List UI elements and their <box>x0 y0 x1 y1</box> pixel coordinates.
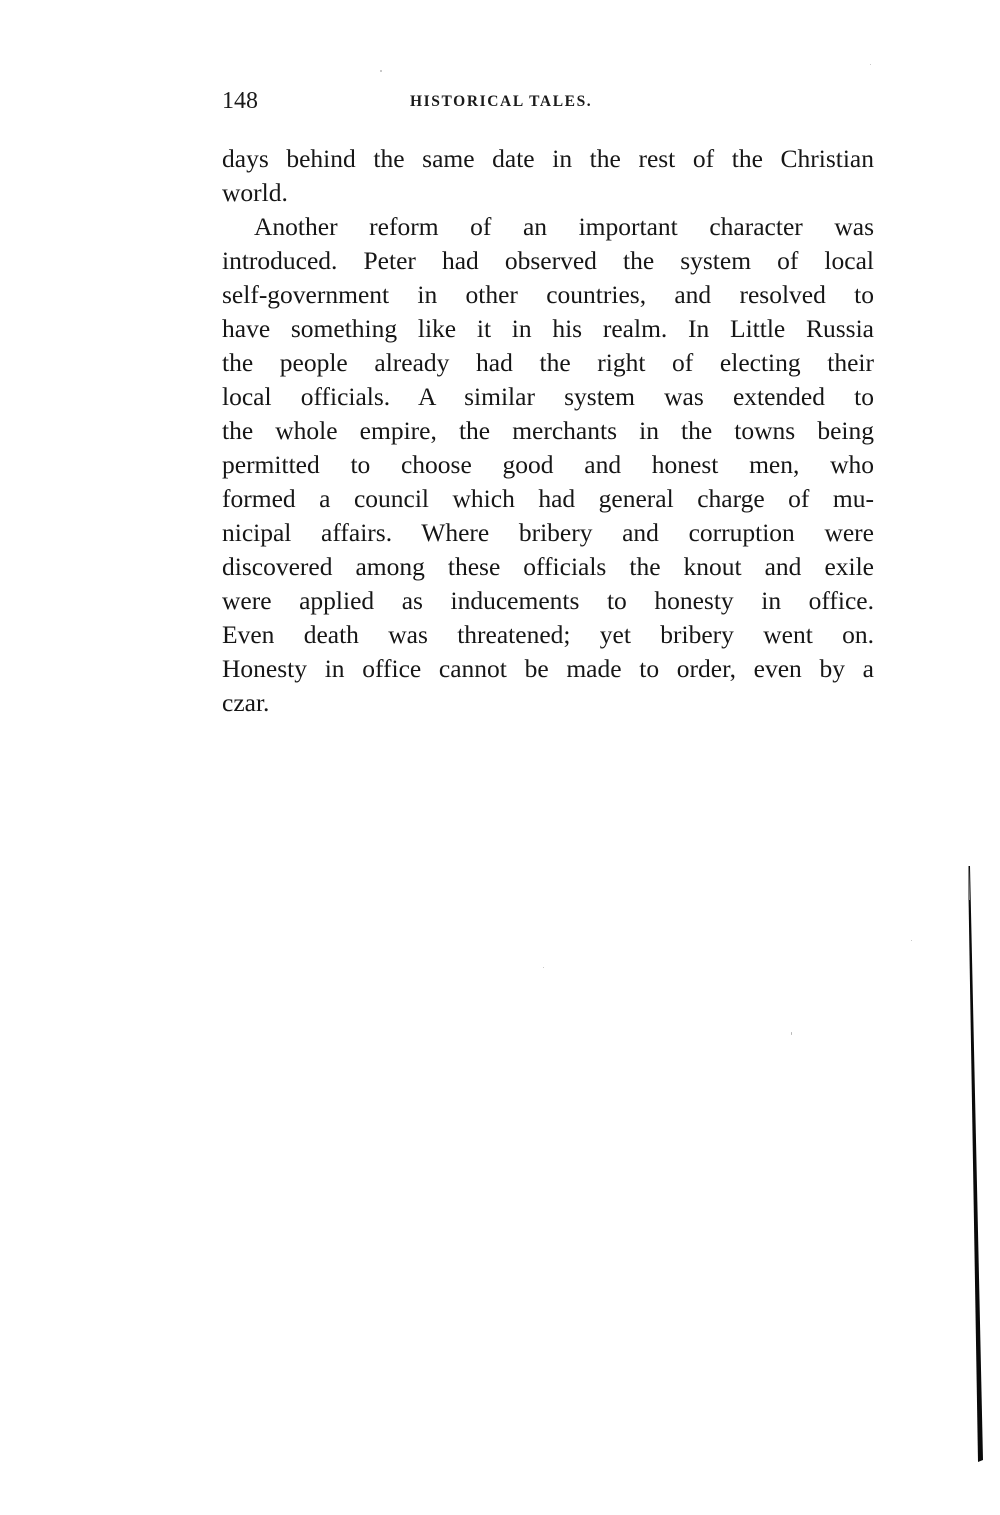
text-line: nicipal affairs. Where bribery and corru… <box>222 516 874 550</box>
scan-speck <box>911 940 912 941</box>
text-line: discovered among these officials the kno… <box>222 550 874 584</box>
text-line: were applied as inducements to honesty i… <box>222 584 874 618</box>
page-number: 148 <box>222 86 258 116</box>
text-line: the people already had the right of elec… <box>222 346 874 380</box>
text-line: days behind the same date in the rest of… <box>222 142 874 176</box>
text-line: Honesty in office cannot be made to orde… <box>222 652 874 686</box>
scan-speck <box>870 64 871 65</box>
scan-speck <box>543 967 544 968</box>
running-title: HISTORICAL TALES. <box>410 89 592 115</box>
text-line: introduced. Peter had observed the syste… <box>222 244 874 278</box>
scan-speck <box>791 1032 792 1035</box>
text-line: Even death was threatened; yet bribery w… <box>222 618 874 652</box>
running-head: 148 HISTORICAL TALES. <box>222 86 872 116</box>
book-page: 148 HISTORICAL TALES. days behind the sa… <box>0 0 1000 1515</box>
text-line: self-government in other countries, and … <box>222 278 874 312</box>
text-line: formed a council which had general charg… <box>222 482 874 516</box>
text-line: local officials. A similar system was ex… <box>222 380 874 414</box>
text-line: world. <box>222 176 874 210</box>
text-line: have something like it in his realm. In … <box>222 312 874 346</box>
scan-speck <box>380 70 382 72</box>
text-line: Another reform of an important character… <box>222 210 874 244</box>
text-line: the whole empire, the merchants in the t… <box>222 414 874 448</box>
text-line: permitted to choose good and honest men,… <box>222 448 874 482</box>
body-text: days behind the same date in the rest of… <box>222 142 874 720</box>
text-line: czar. <box>222 686 874 720</box>
